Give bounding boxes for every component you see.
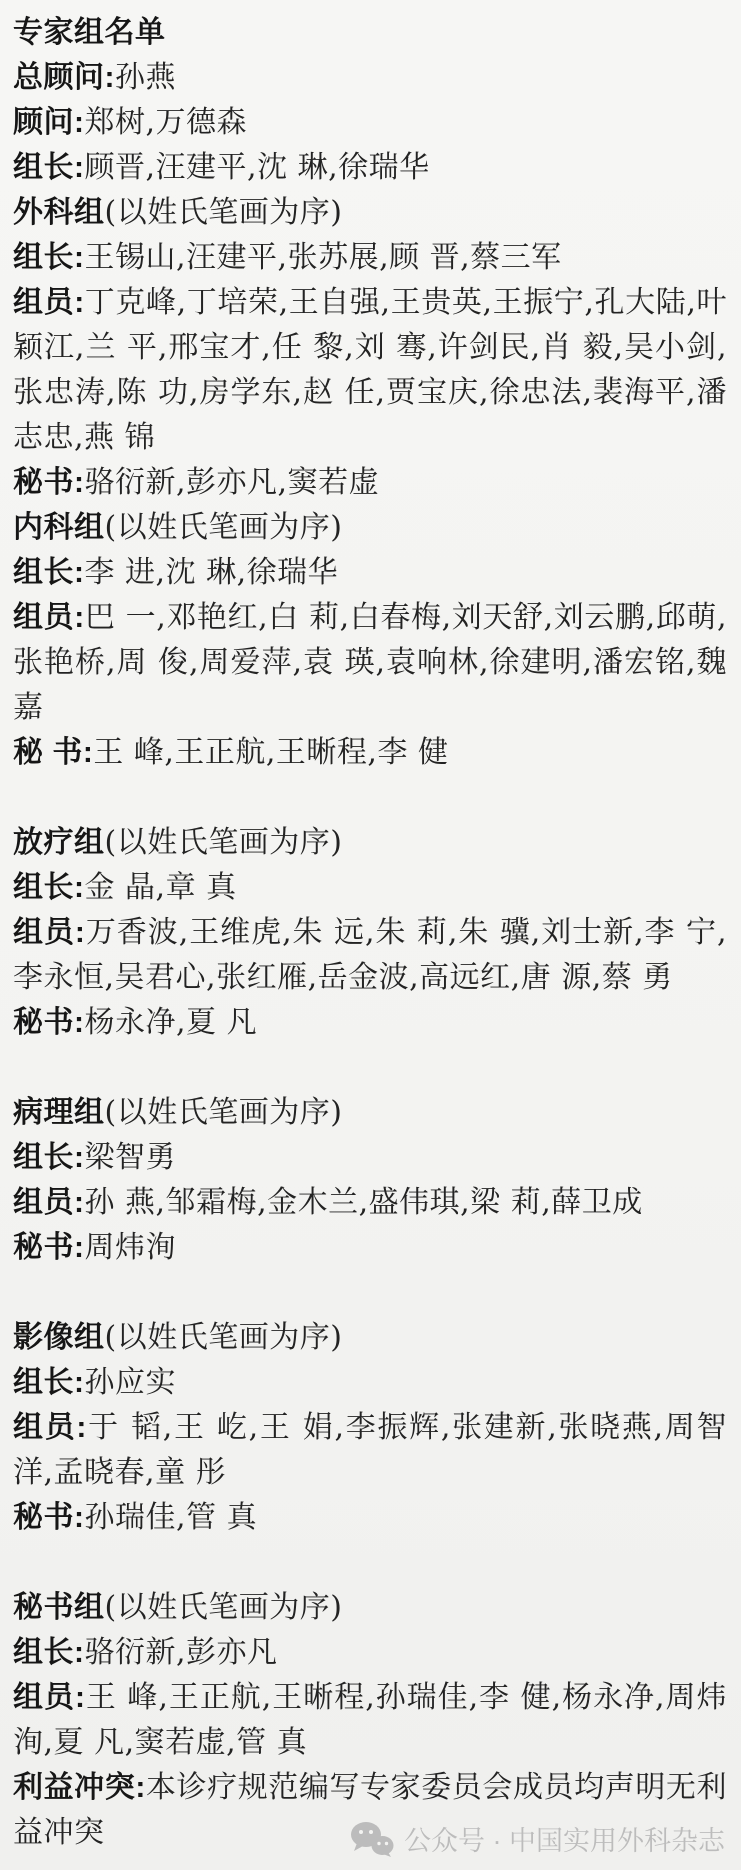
document-page: 专家组名单 总顾问:孙燕顾问:郑树,万德森组长:顾晋,汪建平,沈 琳,徐瑞华外科… xyxy=(0,0,741,1855)
role-label: 组员: xyxy=(13,286,85,319)
names-text: 孙瑞佳,管 真 xyxy=(85,1500,258,1535)
group-name: 内科组 xyxy=(13,511,105,544)
sort-note: (以姓氏笔画为序) xyxy=(105,825,343,860)
names-text: 郑树,万德森 xyxy=(85,105,248,140)
group-name: 影像组 xyxy=(13,1321,105,1354)
watermark-text: 公众号 · 中国实用外科杂志 xyxy=(404,1819,725,1858)
names-text: 王 峰,王正航,王晰程,李 健 xyxy=(93,735,448,770)
names-text: 孙燕 xyxy=(115,60,176,95)
role-entry: 秘 书:王 峰,王正航,王晰程,李 健 xyxy=(13,730,727,775)
section-heading: 外科组(以姓氏笔画为序) xyxy=(13,190,727,235)
role-entry: 组长:王锡山,汪建平,张苏展,顾 晋,蔡三军 xyxy=(13,235,727,280)
role-label: 秘书: xyxy=(13,1231,85,1264)
group-name: 秘书组 xyxy=(13,1591,105,1624)
role-label: 秘 书: xyxy=(13,736,93,769)
section-heading: 放疗组(以姓氏笔画为序) xyxy=(13,820,727,865)
section-heading: 秘书组(以姓氏笔画为序) xyxy=(13,1585,727,1630)
document-body: 总顾问:孙燕顾问:郑树,万德森组长:顾晋,汪建平,沈 琳,徐瑞华外科组(以姓氏笔… xyxy=(13,55,727,1855)
role-entry: 组员:丁克峰,丁培荣,王自强,王贵英,王振宁,孔大陆,叶颖江,兰 平,邢宝才,任… xyxy=(13,280,727,460)
role-entry: 组员:孙 燕,邹霜梅,金木兰,盛伟琪,梁 莉,薛卫成 xyxy=(13,1180,727,1225)
role-entry: 组长:顾晋,汪建平,沈 琳,徐瑞华 xyxy=(13,145,727,190)
names-text: 梁智勇 xyxy=(85,1140,177,1175)
role-entry: 组长:梁智勇 xyxy=(13,1135,727,1180)
role-label: 组长: xyxy=(13,151,85,184)
group-name: 放疗组 xyxy=(13,826,105,859)
role-entry: 组长:李 进,沈 琳,徐瑞华 xyxy=(13,550,727,595)
page-title: 专家组名单 xyxy=(13,10,727,55)
sort-note: (以姓氏笔画为序) xyxy=(105,1590,343,1625)
role-entry: 秘书:周炜洵 xyxy=(13,1225,727,1270)
role-label: 利益冲突: xyxy=(13,1771,146,1804)
role-entry: 总顾问:孙燕 xyxy=(13,55,727,100)
names-text: 丁克峰,丁培荣,王自强,王贵英,王振宁,孔大陆,叶颖江,兰 平,邢宝才,任 黎,… xyxy=(13,285,727,455)
wechat-icon xyxy=(350,1821,394,1857)
role-entry: 组员:巴 一,邓艳红,白 莉,白春梅,刘天舒,刘云鹏,邱萌,张艳桥,周 俊,周爱… xyxy=(13,595,727,730)
role-entry: 秘书:骆衍新,彭亦凡,窦若虚 xyxy=(13,460,727,505)
sort-note: (以姓氏笔画为序) xyxy=(105,195,343,230)
role-label: 秘书: xyxy=(13,466,85,499)
role-entry: 组长:孙应实 xyxy=(13,1360,727,1405)
section-heading: 内科组(以姓氏笔画为序) xyxy=(13,505,727,550)
sort-note: (以姓氏笔画为序) xyxy=(105,1095,343,1130)
blank-line xyxy=(13,1540,727,1585)
blank-line xyxy=(13,775,727,820)
names-text: 万香波,王维虎,朱 远,朱 莉,朱 骥,刘士新,李 宁,李永恒,吴君心,张红雁,… xyxy=(13,915,727,995)
role-label: 组员: xyxy=(13,916,85,949)
names-text: 顾晋,汪建平,沈 琳,徐瑞华 xyxy=(85,150,430,185)
role-label: 组长: xyxy=(13,1636,85,1669)
role-label: 组长: xyxy=(13,1141,85,1174)
names-text: 杨永净,夏 凡 xyxy=(85,1005,258,1040)
names-text: 金 晶,章 真 xyxy=(85,870,237,905)
role-label: 秘书: xyxy=(13,1501,85,1534)
names-text: 孙 燕,邹霜梅,金木兰,盛伟琪,梁 莉,薛卫成 xyxy=(85,1185,643,1220)
role-label: 组员: xyxy=(13,1411,87,1444)
role-entry: 组长:金 晶,章 真 xyxy=(13,865,727,910)
role-label: 顾问: xyxy=(13,106,85,139)
section-heading: 病理组(以姓氏笔画为序) xyxy=(13,1090,727,1135)
role-label: 组长: xyxy=(13,241,85,274)
role-entry: 秘书:杨永净,夏 凡 xyxy=(13,1000,727,1045)
blank-line xyxy=(13,1045,727,1090)
role-label: 总顾问: xyxy=(13,61,115,94)
role-label: 组员: xyxy=(13,601,85,634)
names-text: 孙应实 xyxy=(85,1365,177,1400)
role-entry: 组员:万香波,王维虎,朱 远,朱 莉,朱 骥,刘士新,李 宁,李永恒,吴君心,张… xyxy=(13,910,727,1000)
names-text: 巴 一,邓艳红,白 莉,白春梅,刘天舒,刘云鹏,邱萌,张艳桥,周 俊,周爱萍,袁… xyxy=(13,600,727,725)
role-entry: 组长:骆衍新,彭亦凡 xyxy=(13,1630,727,1675)
watermark: 公众号 · 中国实用外科杂志 xyxy=(350,1819,725,1858)
role-entry: 秘书:孙瑞佳,管 真 xyxy=(13,1495,727,1540)
names-text: 王锡山,汪建平,张苏展,顾 晋,蔡三军 xyxy=(85,240,562,275)
sort-note: (以姓氏笔画为序) xyxy=(105,1320,343,1355)
names-text: 李 进,沈 琳,徐瑞华 xyxy=(85,555,339,590)
blank-line xyxy=(13,1270,727,1315)
names-text: 王 峰,王正航,王晰程,孙瑞佳,李 健,杨永净,周炜洵,夏 凡,窦若虚,管 真 xyxy=(13,1680,727,1760)
names-text: 于 韬,王 屹,王 娟,李振辉,张建新,张晓燕,周智洋,孟晓春,童 彤 xyxy=(13,1410,727,1490)
role-entry: 组员:于 韬,王 屹,王 娟,李振辉,张建新,张晓燕,周智洋,孟晓春,童 彤 xyxy=(13,1405,727,1495)
section-heading: 影像组(以姓氏笔画为序) xyxy=(13,1315,727,1360)
names-text: 周炜洵 xyxy=(85,1230,177,1265)
role-label: 组长: xyxy=(13,556,85,589)
role-label: 组长: xyxy=(13,871,85,904)
group-name: 病理组 xyxy=(13,1096,105,1129)
names-text: 骆衍新,彭亦凡,窦若虚 xyxy=(85,465,380,500)
group-name: 外科组 xyxy=(13,196,105,229)
role-label: 秘书: xyxy=(13,1006,85,1039)
role-label: 组员: xyxy=(13,1186,85,1219)
sort-note: (以姓氏笔画为序) xyxy=(105,510,343,545)
role-label: 组长: xyxy=(13,1366,85,1399)
role-label: 组员: xyxy=(13,1681,85,1714)
names-text: 骆衍新,彭亦凡 xyxy=(85,1635,278,1670)
role-entry: 组员:王 峰,王正航,王晰程,孙瑞佳,李 健,杨永净,周炜洵,夏 凡,窦若虚,管… xyxy=(13,1675,727,1765)
role-entry: 顾问:郑树,万德森 xyxy=(13,100,727,145)
